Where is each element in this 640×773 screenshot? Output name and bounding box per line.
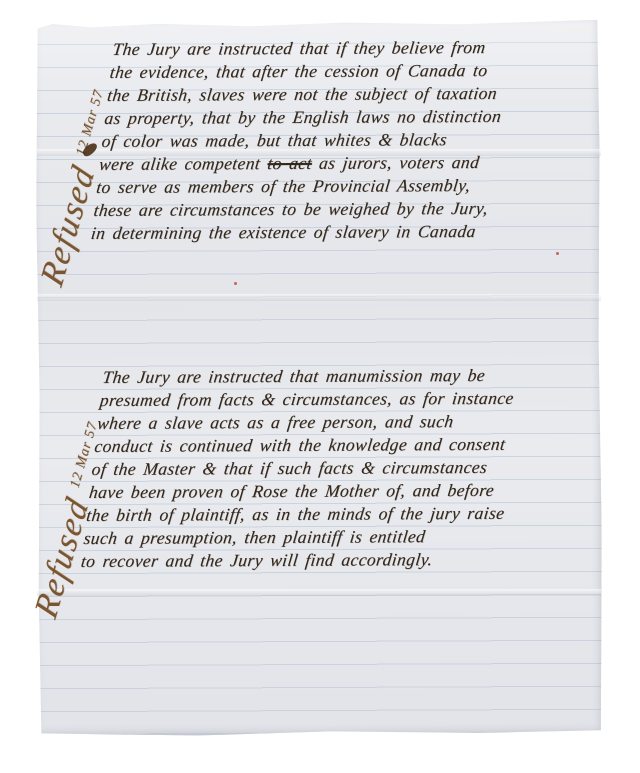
ink-speck [556,252,559,255]
scanned-manuscript-page: Refused 12 Mar 57 The Jury are instructe… [0,0,640,773]
manuscript-line: to recover and the Jury will find accord… [80,548,501,573]
manuscript-line: the British, slaves were not the subject… [106,82,505,107]
manuscript-line: have been proven of Rose the Mother of, … [88,479,509,504]
line-segment: were alike competent [98,153,269,174]
manuscript-line: conduct is continued with the knowledge … [93,433,514,458]
ink-speck [234,282,237,285]
manuscript-line: presumed from facts & circumstances, as … [99,387,520,412]
manuscript-line: The Jury are instructed that manumission… [101,364,522,389]
manuscript-line: the birth of plaintiff, as in the minds … [85,502,506,527]
manuscript-line: of color was made, but that whites & bla… [100,128,499,153]
manuscript-line: these are circumstances to be weighed by… [92,197,491,222]
manuscript-line: where a slave acts as a free person, and… [96,410,517,435]
manuscript-line: such a presumption, then plaintiff is en… [82,525,503,550]
manuscript-line: of the Master & that if such facts & cir… [90,456,511,481]
jury-instruction-paragraph-2: The Jury are instructed that manumission… [80,364,522,573]
struck-out-words: to act [266,153,313,173]
jury-instruction-paragraph-1: The Jury are instructed that if they bel… [90,36,511,245]
manuscript-line: The Jury are instructed that if they bel… [111,36,510,61]
manuscript-line-with-strikethrough: were alike competent to act as jurors, v… [98,151,497,176]
manuscript-line: in determining the existence of slavery … [90,220,489,245]
line-segment: as jurors, voters and [311,152,481,173]
manuscript-line: to serve as members of the Provincial As… [95,174,494,199]
manuscript-line: as property, that by the English laws no… [103,105,502,130]
manuscript-line: the evidence, that after the cession of … [109,59,508,84]
